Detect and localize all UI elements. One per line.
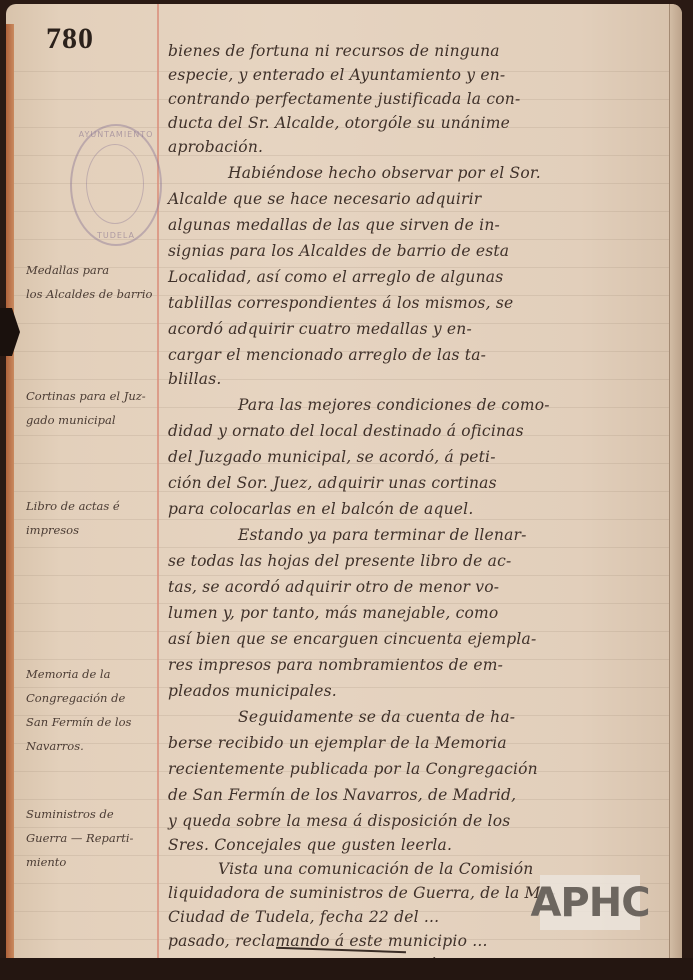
text-line: aprobación. [168,138,263,156]
text-line: pleados municipales. [168,682,337,700]
page-left-edge [6,24,14,962]
ledger-page: 780 AYUNTAMIENTO TUDELA Medallas para lo… [6,4,682,962]
text-line: recientemente publicada por la Congregac… [168,760,538,778]
text-line: tablillas correspondientes á los mismos,… [168,294,513,312]
text-line: acordó adquirir cuatro medallas y en- [168,320,472,338]
text-line: del Juzgado municipal, se acordó, á peti… [168,448,496,466]
binding-shadow [0,958,693,980]
book-photo: 780 AYUNTAMIENTO TUDELA Medallas para lo… [0,0,693,980]
margin-note-suministros: Suministros de Guerra — Reparti- miento [26,802,154,874]
text-line: Seguidamente se da cuenta de ha- [238,708,515,726]
margin-note-medallas: Medallas para los Alcaldes de barrio [26,258,154,306]
text-line: ducta del Sr. Alcalde, otorgóle su unáni… [168,114,510,132]
text-line: didad y ornato del local destinado á ofi… [168,422,524,440]
page-right-edge [669,4,682,962]
text-line: lumen y, por tanto, más manejable, como [168,604,498,622]
text-line: especie, y enterado el Ayuntamiento y en… [168,66,505,84]
text-line: Estando ya para terminar de llenar- [238,526,527,544]
text-line: y queda sobre la mesa á disposición de l… [168,812,510,830]
stamp-top-text: AYUNTAMIENTO [72,130,160,139]
text-line: liquidadora de suministros de Guerra, de… [168,884,556,902]
text-line: ción del Sor. Juez, adquirir unas cortin… [168,474,497,492]
text-line: Localidad, así como el arreglo de alguna… [168,268,503,286]
text-line: Ciudad de Tudela, fecha 22 del ... [168,908,439,926]
text-line: así bien que se encarguen cincuenta ejem… [168,630,536,648]
text-line: berse recibido un ejemplar de la Memoria [168,734,507,752]
text-line: res impresos para nombramientos de em- [168,656,503,674]
text-line: contrando perfectamente justificada la c… [168,90,520,108]
archive-watermark: APHC [540,875,640,930]
margin-note-cortinas: Cortinas para el Juz- gado municipal [26,384,154,432]
margin-rule [157,4,159,962]
margin-note-memoria: Memoria de la Congregación de San Fermín… [26,662,154,758]
margin-note-libro: Libro de actas é impresos [26,494,154,542]
text-line: signias para los Alcaldes de barrio de e… [168,242,509,260]
text-line: Para las mejores condiciones de como- [238,396,550,414]
text-line: bienes de fortuna ni recursos de ninguna [168,42,500,60]
stamp-bottom-text: TUDELA [72,231,160,240]
text-line: pasado, reclamando á este municipio ... [168,932,488,950]
text-line: Habiéndose hecho observar por el Sor. [228,164,541,182]
text-line: se todas las hojas del presente libro de… [168,552,511,570]
text-line: de San Fermín de los Navarros, de Madrid… [168,786,516,804]
folio-number: 780 [46,22,94,56]
text-line: tas, se acordó adquirir otro de menor vo… [168,578,499,596]
text-line: Vista una comunicación de la Comisión [218,860,533,878]
ink-stamp: AYUNTAMIENTO TUDELA [70,124,162,246]
text-line: algunas medallas de las que sirven de in… [168,216,500,234]
text-line: para colocarlas en el balcón de aquel. [168,500,473,518]
text-line: blillas. [168,370,221,388]
text-line: Alcalde que se hace necesario adquirir [168,190,481,208]
text-line: cargar el mencionado arreglo de las ta- [168,346,486,364]
text-line: Sres. Concejales que gusten leerla. [168,836,452,854]
stamp-crest-icon [86,144,144,224]
